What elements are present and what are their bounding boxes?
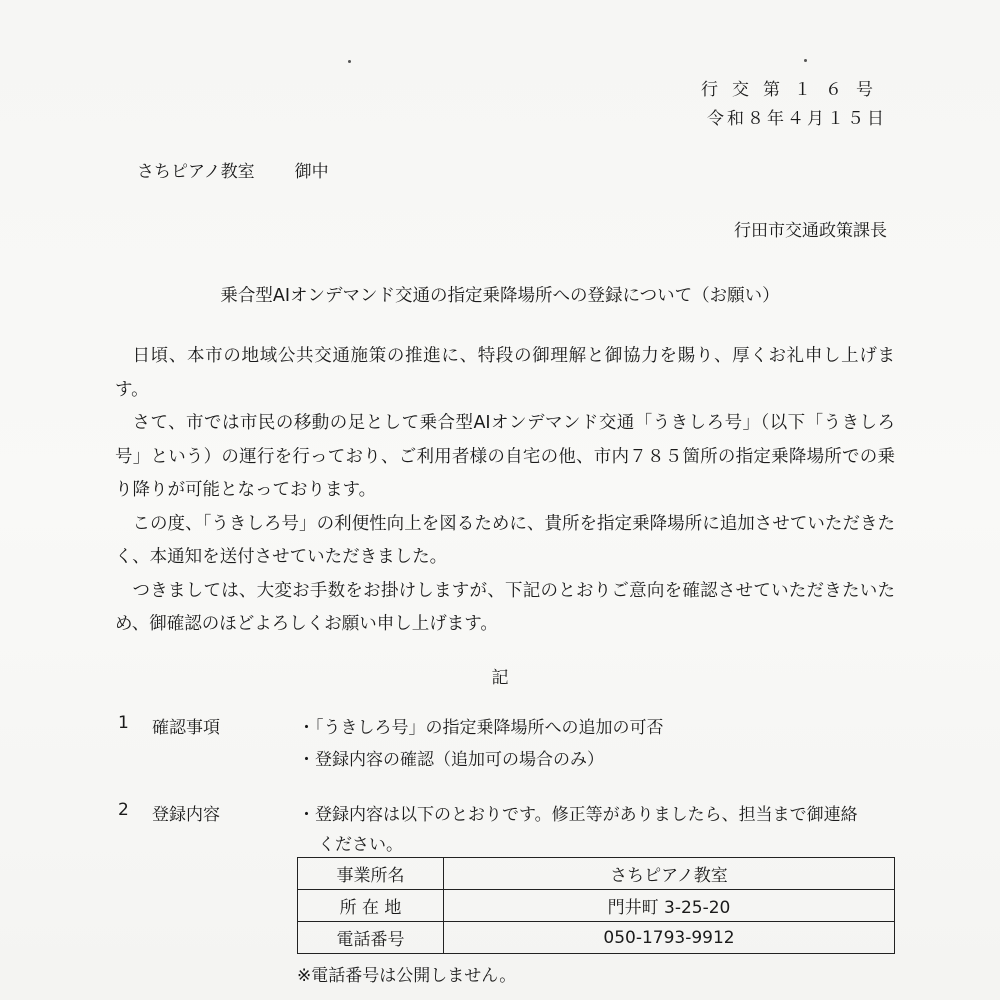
item-bullet: ・登録内容は以下のとおりです。修正等がありましたら、担当まで御連絡 <box>298 800 858 825</box>
table-row: 電話番号 050-1793-9912 <box>298 922 895 954</box>
addressee-name: さちピアノ教室 <box>137 162 255 182</box>
item-bullet: ・登録内容の確認（追加可の場合のみ） <box>298 745 604 770</box>
table-row: 事業所名 さちピアノ教室 <box>298 858 895 890</box>
addressee-honorific: 御中 <box>295 162 329 182</box>
body-paragraph: つきましては、大変お手数をお掛けしますが、下記のとおりご意向を確認させていただき… <box>115 575 895 642</box>
document-title: 乗合型AIオンデマンド交通の指定乗降場所への登録について（お願い） <box>0 282 1000 307</box>
item-bullet: ・「うきしろ号」の指定乗降場所への追加の可否 <box>298 713 664 738</box>
document-number: 行交第１６号 <box>701 75 887 100</box>
body-text: 日頃、本市の地域公共交通施策の推進に、特段の御理解と御協力を賜り、厚くお礼申し上… <box>115 340 895 642</box>
table-value: 050-1793-9912 <box>444 922 895 954</box>
sender: 行田市交通政策課長 <box>734 216 887 241</box>
table-value: さちピアノ教室 <box>444 858 895 890</box>
table-key: 事業所名 <box>298 858 444 890</box>
item-continuation: ください。 <box>318 830 403 855</box>
scan-speck <box>348 60 351 63</box>
item-label: 確認事項 <box>152 713 220 738</box>
phone-note: ※電話番号は公開しません。 <box>297 961 516 986</box>
item-label: 登録内容 <box>152 800 220 825</box>
body-paragraph: 日頃、本市の地域公共交通施策の推進に、特段の御理解と御協力を賜り、厚くお礼申し上… <box>115 340 895 407</box>
scan-speck <box>804 59 807 62</box>
item-number: 2 <box>118 800 129 820</box>
registration-table: 事業所名 さちピアノ教室 所 在 地 門井町 3-25-20 電話番号 050-… <box>297 857 895 954</box>
table-value: 門井町 3-25-20 <box>444 890 895 922</box>
document-date: 令和８年４月１５日 <box>707 104 887 129</box>
body-paragraph: この度、「うきしろ号」の利便性向上を図るために、貴所を指定乗降場所に追加させてい… <box>115 508 895 575</box>
addressee: さちピアノ教室御中 <box>137 157 329 182</box>
body-paragraph: さて、市では市民の移動の足として乗合型AIオンデマンド交通「うきしろ号」（以下「… <box>115 407 895 508</box>
table-key: 電話番号 <box>298 922 444 954</box>
table-row: 所 在 地 門井町 3-25-20 <box>298 890 895 922</box>
item-number: 1 <box>118 713 129 733</box>
record-heading: 記 <box>0 663 1000 688</box>
table-key: 所 在 地 <box>298 890 444 922</box>
document-page: 行交第１６号 令和８年４月１５日 さちピアノ教室御中 行田市交通政策課長 乗合型… <box>0 0 1000 1000</box>
